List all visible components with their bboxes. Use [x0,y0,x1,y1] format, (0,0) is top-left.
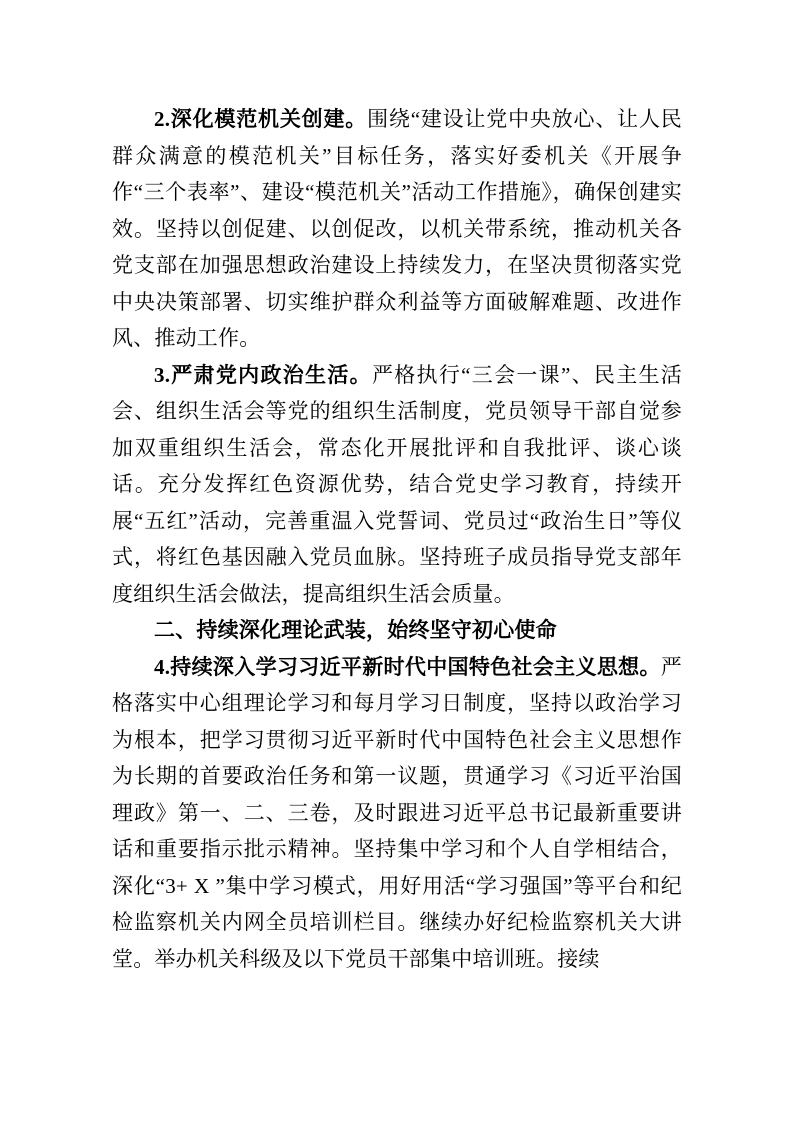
paragraph-body-text: 围绕“建设让党中央放心、让人民群众满意的模范机关”目标任务，落实好委机关《开展争… [112,107,682,350]
document-page: 2.深化模范机关创建。围绕“建设让党中央放心、让人民群众满意的模范机关”目标任务… [0,0,793,1122]
document-paragraph: 3.严肃党内政治生活。严格执行“三会一课”、民主生活会、组织生活会等党的组织生活… [112,357,682,613]
paragraph-lead-bold: 3.严肃党内政治生活。 [154,363,372,387]
section-heading: 二、持续深化理论武装，始终坚守初心使命 [112,612,682,649]
document-paragraph: 4.持续深入学习习近平新时代中国特色社会主义思想。严格落实中心组理论学习和每月学… [112,649,682,978]
paragraph-lead-bold: 4.持续深入学习习近平新时代中国特色社会主义思想。 [154,655,661,679]
paragraph-body-text: 严格执行“三会一课”、民主生活会、组织生活会等党的组织生活制度，党员领导干部自觉… [112,363,682,606]
paragraph-body-text: 严格落实中心组理论学习和每月学习日制度，坚持以政治学习为根本，把学习贯彻习近平新… [112,655,682,971]
document-text-area: 2.深化模范机关创建。围绕“建设让党中央放心、让人民群众满意的模范机关”目标任务… [112,101,682,977]
section-heading-text: 二、持续深化理论武装，始终坚守初心使命 [154,618,557,642]
document-paragraph: 2.深化模范机关创建。围绕“建设让党中央放心、让人民群众满意的模范机关”目标任务… [112,101,682,357]
paragraph-lead-bold: 2.深化模范机关创建。 [154,107,367,131]
